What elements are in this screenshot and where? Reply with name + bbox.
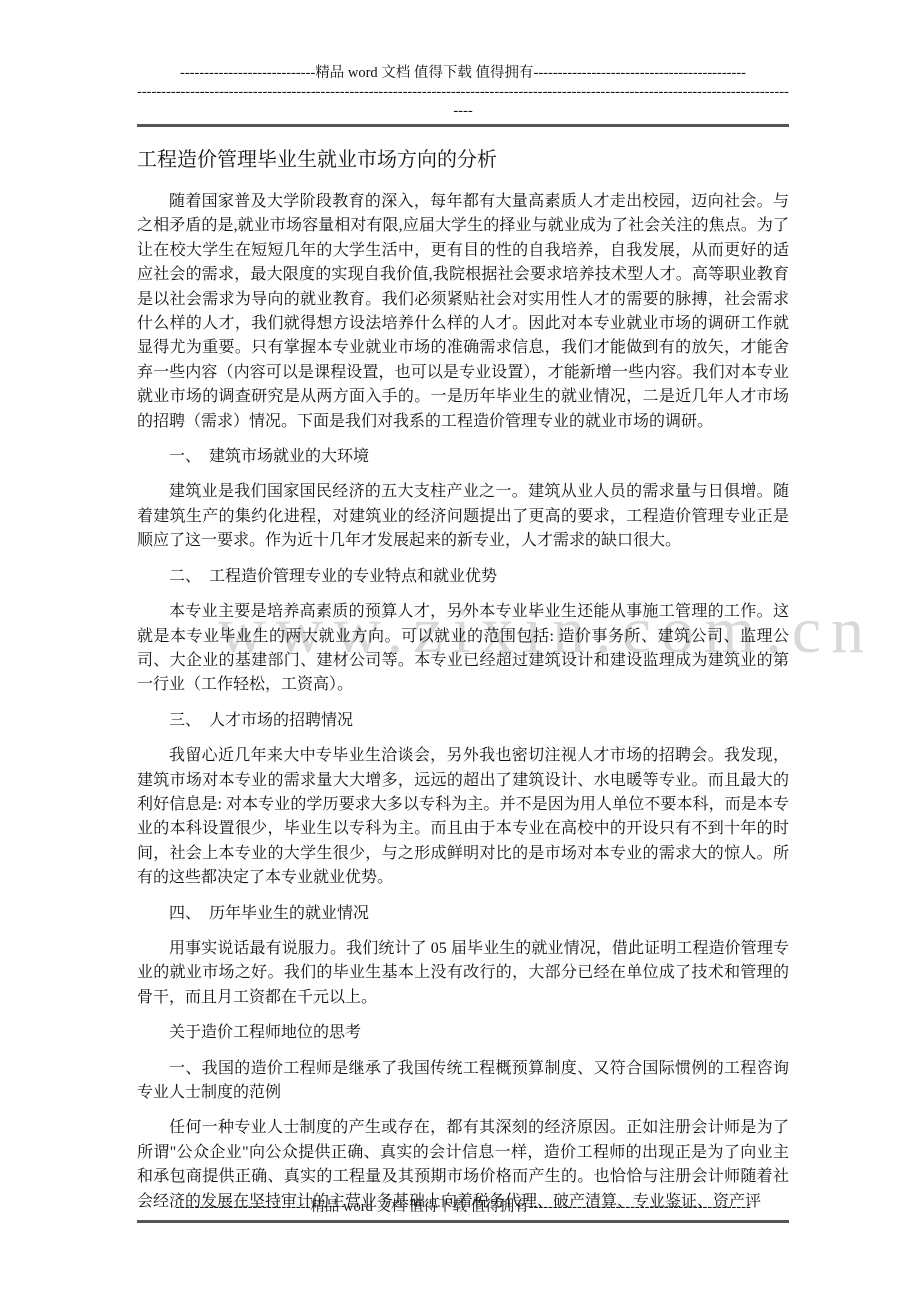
heading-section-4: 四、 历年毕业生的就业情况: [137, 902, 789, 926]
header-dashed-line-1: ----------------------------精品 word 文档 值…: [137, 64, 789, 83]
heading-reflection: 关于造价工程师地位的思考: [137, 1021, 789, 1045]
header-dashed-line-3: ----: [137, 102, 789, 121]
paragraph-section-3: 我留心近几年来大中专毕业生洽谈会，另外我也密切注视人才市场的招聘会。我发现，建筑…: [137, 744, 789, 890]
paragraph-reflection-point-1: 一、我国的造价工程师是继承了我国传统工程概预算制度、又符合国际惯例的工程咨询专业…: [137, 1057, 789, 1106]
page-footer: ----------------------------精品 word 文档 值…: [137, 1198, 789, 1223]
footer-dashed-line: ----------------------------精品 word 文档 值…: [137, 1198, 789, 1217]
heading-section-1: 一、 建筑市场就业的大环境: [137, 445, 789, 469]
paragraph-intro: 随着国家普及大学阶段教育的深入，每年都有大量高素质人才走出校园，迈向社会。与之相…: [137, 190, 789, 434]
page-header: ----------------------------精品 word 文档 值…: [137, 0, 789, 127]
document-body: 工程造价管理毕业生就业市场方向的分析 随着国家普及大学阶段教育的深入，每年都有大…: [137, 146, 789, 1214]
document-title: 工程造价管理毕业生就业市场方向的分析: [137, 146, 789, 174]
document-page: www.zixin.com.cn -----------------------…: [0, 0, 920, 1302]
paragraph-section-1: 建筑业是我们国家国民经济的五大支柱产业之一。建筑从业人员的需求量与日俱增。随着建…: [137, 480, 789, 553]
paragraph-section-2: 本专业主要是培养高素质的预算人才，另外本专业毕业生还能从事施工管理的工作。这就是…: [137, 600, 789, 698]
heading-section-3: 三、 人才市场的招聘情况: [137, 709, 789, 733]
paragraph-section-4: 用事实说话最有说服力。我们统计了 05 届毕业生的就业情况，借此证明工程造价管理…: [137, 937, 789, 1010]
heading-section-2: 二、 工程造价管理专业的专业特点和就业优势: [137, 565, 789, 589]
header-dashed-line-2: ----------------------------------------…: [137, 83, 789, 102]
